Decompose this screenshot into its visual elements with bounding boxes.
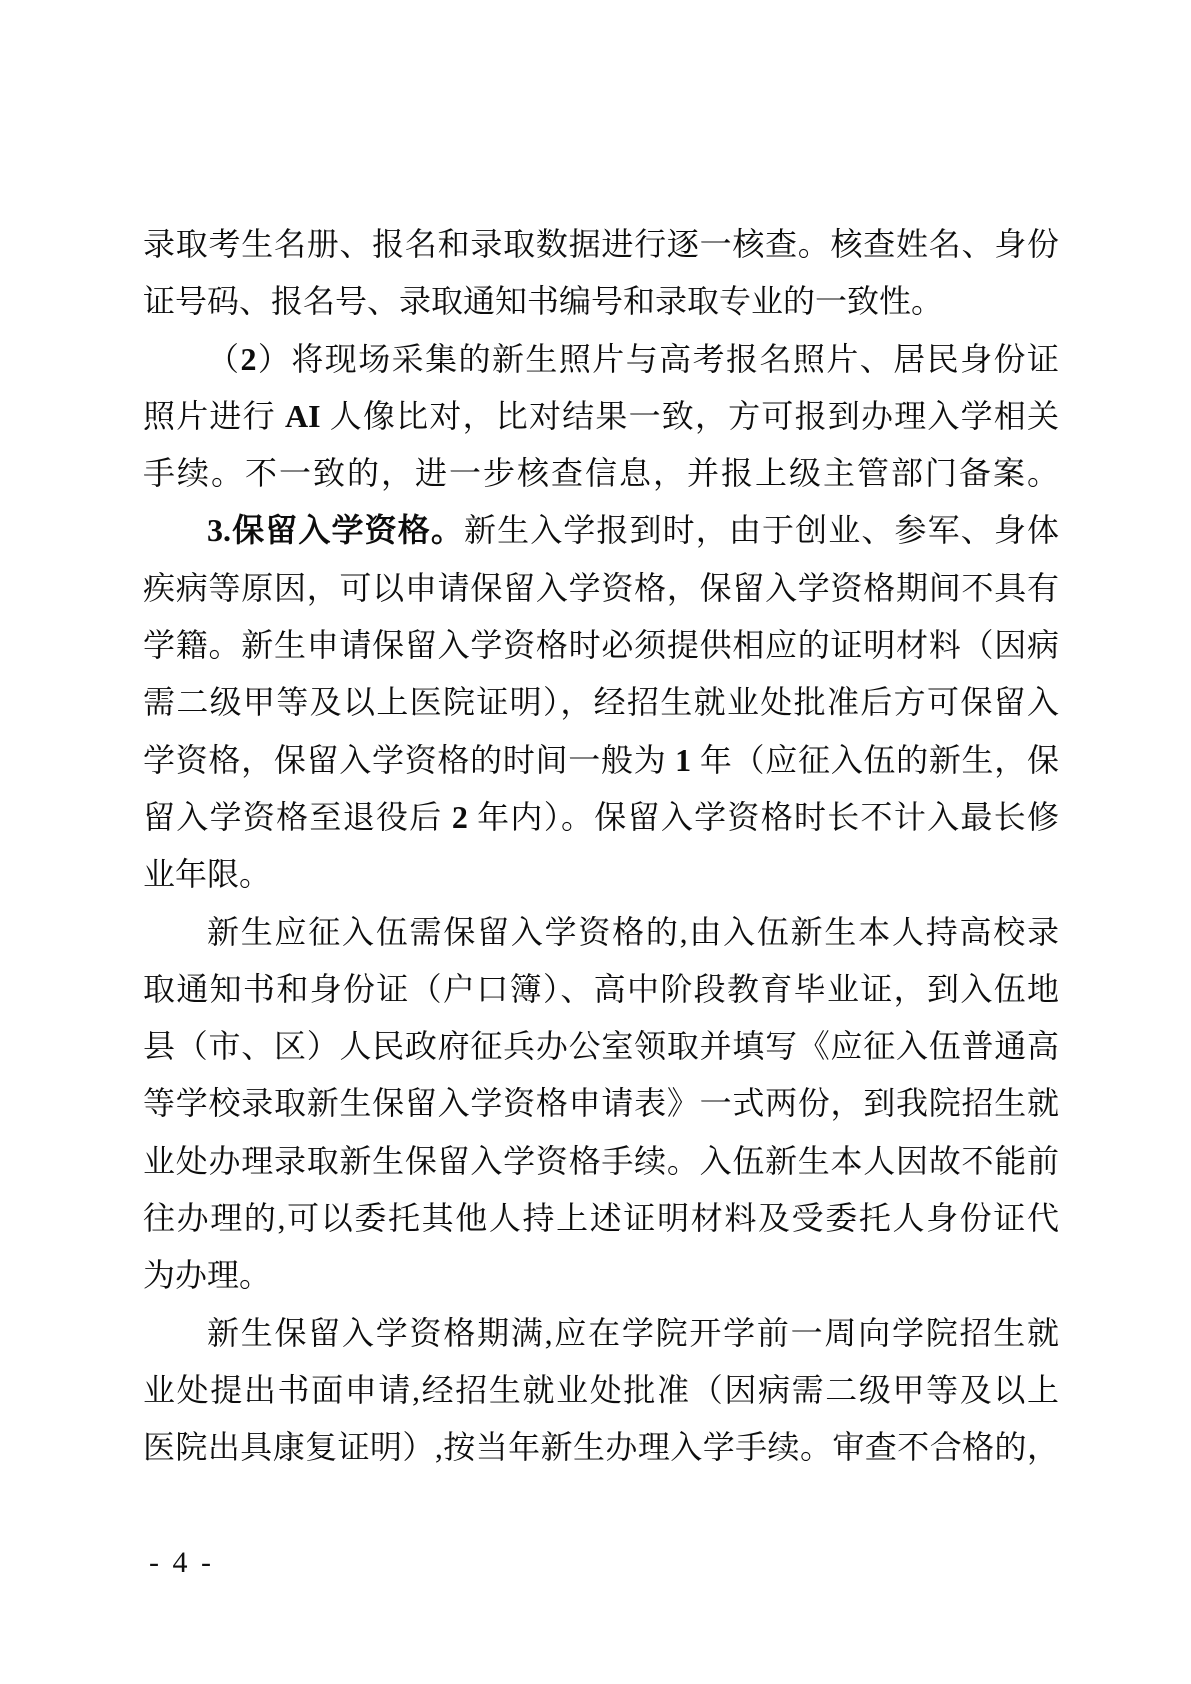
latin-text-segment: 1 [675, 742, 691, 778]
text-line: 取通知书和身份证（户口簿）、高中阶段教育毕业证，到入伍地 [143, 961, 1059, 1018]
text-line: 证号码、报名号、录取通知书编号和录取专业的一致性。 [143, 273, 1059, 330]
text-line: 新生应征入伍需保留入学资格的,由入伍新生本人持高校录 [143, 904, 1059, 961]
latin-text-segment: 2 [240, 341, 256, 377]
text-segment: 疾病等原因，可以申请保留入学资格，保留入学资格期间不具有 [143, 570, 1059, 606]
document-page: 录取考生名册、报名和录取数据进行逐一核查。核查姓名、身份证号码、报名号、录取通知… [0, 0, 1191, 1684]
text-line: 需二级甲等及以上医院证明），经招生就业处批准后方可保留入 [143, 674, 1059, 731]
text-segment: 为办理。 [143, 1257, 271, 1293]
text-line: 县（市、区）人民政府征兵办公室领取并填写《应征入伍普通高 [143, 1018, 1059, 1075]
text-segment: 医院出具康复证明）,按当年新生办理入学手续。审查不合格的， [143, 1429, 1059, 1465]
text-line: 新生保留入学资格期满,应在学院开学前一周向学院招生就 [143, 1305, 1059, 1362]
text-segment: ）将现场采集的新生照片与高考报名照片、居民身份证 [256, 341, 1059, 377]
text-line: 往办理的,可以委托其他人持上述证明材料及受委托人身份证代 [143, 1190, 1059, 1247]
text-segment: 人像比对，比对结果一致，方可报到办理入学相关 [321, 398, 1059, 434]
text-segment: 照片进行 [143, 398, 285, 434]
text-segment: 证号码、报名号、录取通知书编号和录取专业的一致性。 [143, 283, 943, 319]
text-segment: 需二级甲等及以上医院证明），经招生就业处批准后方可保留入 [143, 684, 1059, 720]
text-line: 业处办理录取新生保留入学资格手续。入伍新生本人因故不能前 [143, 1133, 1059, 1190]
text-line: 录取考生名册、报名和录取数据进行逐一核查。核查姓名、身份 [143, 216, 1059, 273]
text-segment: 年（应征入伍的新生，保 [691, 742, 1059, 778]
text-line: 手续。不一致的，进一步核查信息，并报上级主管部门备案。 [143, 445, 1059, 502]
text-line: 医院出具康复证明）,按当年新生办理入学手续。审查不合格的， [143, 1419, 1059, 1476]
text-line: 留入学资格至退役后 2 年内）。保留入学资格时长不计入最长修 [143, 789, 1059, 846]
text-segment: 业年限。 [143, 856, 271, 892]
page-number: - 4 - [149, 1545, 214, 1581]
text-line: 疾病等原因，可以申请保留入学资格，保留入学资格期间不具有 [143, 560, 1059, 617]
text-line: 等学校录取新生保留入学资格申请表》一式两份，到我院招生就 [143, 1075, 1059, 1132]
body-text-block: 录取考生名册、报名和录取数据进行逐一核查。核查姓名、身份证号码、报名号、录取通知… [143, 216, 1059, 1477]
text-segment: 学籍。新生申请保留入学资格时必须提供相应的证明材料（因病 [143, 627, 1059, 663]
text-line: 3.保留入学资格。新生入学报到时，由于创业、参军、身体 [143, 502, 1059, 559]
text-line: （2）将现场采集的新生照片与高考报名照片、居民身份证 [143, 331, 1059, 388]
text-segment: （ [207, 341, 240, 377]
bold-text-segment: 保留入学资格。 [231, 512, 464, 548]
text-line: 照片进行 AI 人像比对，比对结果一致，方可报到办理入学相关 [143, 388, 1059, 445]
text-segment: 新生保留入学资格期满,应在学院开学前一周向学院招生就 [207, 1315, 1059, 1351]
text-line: 业年限。 [143, 846, 1059, 903]
text-segment: 录取考生名册、报名和录取数据进行逐一核查。核查姓名、身份 [143, 226, 1059, 262]
text-segment: 业处提出书面申请,经招生就业处批准（因病需二级甲等及以上 [143, 1372, 1059, 1408]
text-segment: 业处办理录取新生保留入学资格手续。入伍新生本人因故不能前 [143, 1143, 1059, 1179]
latin-text-segment: 2 [452, 799, 468, 835]
text-segment: 新生应征入伍需保留入学资格的,由入伍新生本人持高校录 [207, 914, 1059, 950]
text-line: 学籍。新生申请保留入学资格时必须提供相应的证明材料（因病 [143, 617, 1059, 674]
text-line: 业处提出书面申请,经招生就业处批准（因病需二级甲等及以上 [143, 1362, 1059, 1419]
text-segment: 学资格，保留入学资格的时间一般为 [143, 742, 675, 778]
latin-text-segment: AI [285, 398, 321, 434]
text-segment: 留入学资格至退役后 [143, 799, 452, 835]
text-line: 学资格，保留入学资格的时间一般为 1 年（应征入伍的新生，保 [143, 732, 1059, 789]
text-segment: 往办理的,可以委托其他人持上述证明材料及受委托人身份证代 [143, 1200, 1059, 1236]
text-segment: 手续。不一致的，进一步核查信息，并报上级主管部门备案。 [143, 455, 1059, 491]
text-line: 为办理。 [143, 1247, 1059, 1304]
text-segment: 年内）。保留入学资格时长不计入最长修 [468, 799, 1059, 835]
text-segment: 新生入学报到时，由于创业、参军、身体 [464, 512, 1059, 548]
text-segment: 县（市、区）人民政府征兵办公室领取并填写《应征入伍普通高 [143, 1028, 1059, 1064]
text-segment: 等学校录取新生保留入学资格申请表》一式两份，到我院招生就 [143, 1085, 1059, 1121]
text-segment: 取通知书和身份证（户口簿）、高中阶段教育毕业证，到入伍地 [143, 971, 1059, 1007]
latin-text-segment: 3. [207, 512, 231, 548]
